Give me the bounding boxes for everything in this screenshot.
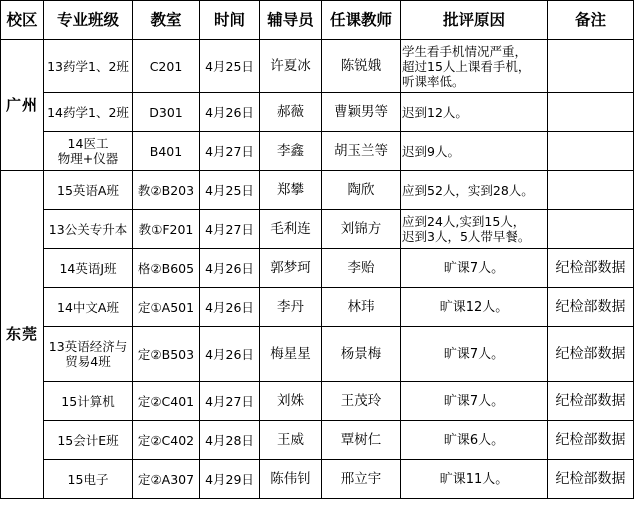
header-counselor: 辅导员 <box>260 1 322 40</box>
reason-cell: 应到52人，实到28人。 <box>401 171 548 210</box>
class-cell: 14药学1、2班 <box>44 93 133 132</box>
header-class: 专业班级 <box>44 1 133 40</box>
teacher-cell: 曹颖男等 <box>322 93 401 132</box>
class-line: 贸易4班 <box>44 354 132 369</box>
note-cell: 纪检部数据 <box>548 460 634 499</box>
class-cell: 14英语J班 <box>44 249 133 288</box>
reason-line: 迟到9人。 <box>402 144 547 159</box>
class-cell: 15会计E班 <box>44 421 133 460</box>
date-cell: 4月25日 <box>200 171 260 210</box>
class-cell: 15电子 <box>44 460 133 499</box>
date-cell: 4月26日 <box>200 93 260 132</box>
date-cell: 4月26日 <box>200 249 260 288</box>
class-cell: 13英语经济与 贸易4班 <box>44 327 133 382</box>
counselor-cell: 郭梦珂 <box>260 249 322 288</box>
reason-line: 旷课6人。 <box>401 433 547 448</box>
class-line: 14英语J班 <box>44 261 132 276</box>
note-cell: 纪检部数据 <box>548 421 634 460</box>
header-date: 时间 <box>200 1 260 40</box>
teacher-cell: 林玮 <box>322 288 401 327</box>
room-cell: 定①A501 <box>133 288 200 327</box>
room-cell: 格②B605 <box>133 249 200 288</box>
date-cell: 4月26日 <box>200 288 260 327</box>
counselor-cell: 毛利连 <box>260 210 322 249</box>
class-line: 15电子 <box>44 472 132 487</box>
room-cell: 教②B203 <box>133 171 200 210</box>
reason-cell: 应到24人,实到15人， 迟到3人，5人带早餐。 <box>401 210 548 249</box>
room-cell: 定②B503 <box>133 327 200 382</box>
table-row: 14医工 物理+仪器 B401 4月27日 李鑫 胡玉兰等 迟到9人。 <box>1 132 634 171</box>
class-cell: 15英语A班 <box>44 171 133 210</box>
class-cell: 15计算机 <box>44 382 133 421</box>
class-line: 13英语经济与 <box>44 339 132 354</box>
date-cell: 4月28日 <box>200 421 260 460</box>
reason-line: 学生看手机情况严重， <box>402 44 547 59</box>
reason-cell: 旷课12人。 <box>401 288 548 327</box>
note-cell <box>548 132 634 171</box>
campus-cell: 东莞 <box>1 171 44 499</box>
teacher-cell: 王茂玲 <box>322 382 401 421</box>
class-line: 15会计E班 <box>44 433 132 448</box>
reason-line: 旷课7人。 <box>401 394 547 409</box>
class-line: 15英语A班 <box>44 183 132 198</box>
table-row: 13公关专升本 教①F201 4月27日 毛利连 刘锦方 应到24人,实到15人… <box>1 210 634 249</box>
table-row: 15会计E班 定②C402 4月28日 王威 覃树仁 旷课6人。 纪检部数据 <box>1 421 634 460</box>
class-line: 13药学1、2班 <box>44 59 132 74</box>
class-line: 14中文A班 <box>44 300 132 315</box>
table-row: 14药学1、2班 D301 4月26日 郝薇 曹颖男等 迟到12人。 <box>1 93 634 132</box>
table-row: 14中文A班 定①A501 4月26日 李丹 林玮 旷课12人。 纪检部数据 <box>1 288 634 327</box>
room-cell: 定②A307 <box>133 460 200 499</box>
class-line: 13公关专升本 <box>44 222 132 237</box>
reason-cell: 旷课7人。 <box>401 327 548 382</box>
room-cell: D301 <box>133 93 200 132</box>
class-line: 14医工 <box>44 136 132 151</box>
counselor-cell: 许夏冰 <box>260 40 322 93</box>
table-row: 广州 13药学1、2班 C201 4月25日 许夏冰 陈锐娥 学生看手机情况严重… <box>1 40 634 93</box>
teacher-cell: 刘锦方 <box>322 210 401 249</box>
room-cell: 教①F201 <box>133 210 200 249</box>
date-cell: 4月27日 <box>200 210 260 249</box>
teacher-cell: 陶欣 <box>322 171 401 210</box>
teacher-cell: 杨景梅 <box>322 327 401 382</box>
date-cell: 4月26日 <box>200 327 260 382</box>
reason-line: 听课率低。 <box>402 74 547 89</box>
table-row: 东莞 15英语A班 教②B203 4月25日 郑攀 陶欣 应到52人，实到28人… <box>1 171 634 210</box>
teacher-cell: 李贻 <box>322 249 401 288</box>
reason-cell: 迟到12人。 <box>401 93 548 132</box>
counselor-cell: 郝薇 <box>260 93 322 132</box>
reason-line: 应到52人，实到28人。 <box>402 183 547 198</box>
date-cell: 4月25日 <box>200 40 260 93</box>
reason-cell: 学生看手机情况严重， 超过15人上课看手机， 听课率低。 <box>401 40 548 93</box>
note-cell: 纪检部数据 <box>548 382 634 421</box>
reason-line: 应到24人,实到15人， <box>402 214 547 229</box>
teacher-cell: 邢立宇 <box>322 460 401 499</box>
table-row: 15电子 定②A307 4月29日 陈伟钊 邢立宇 旷课11人。 纪检部数据 <box>1 460 634 499</box>
class-cell: 14医工 物理+仪器 <box>44 132 133 171</box>
reason-line: 迟到3人，5人带早餐。 <box>402 229 547 244</box>
counselor-cell: 刘姝 <box>260 382 322 421</box>
room-cell: C201 <box>133 40 200 93</box>
class-cell: 13公关专升本 <box>44 210 133 249</box>
room-cell: 定②C402 <box>133 421 200 460</box>
reason-line: 超过15人上课看手机， <box>402 59 547 74</box>
teacher-cell: 覃树仁 <box>322 421 401 460</box>
class-line: 15计算机 <box>44 394 132 409</box>
note-cell: 纪检部数据 <box>548 249 634 288</box>
counselor-cell: 王威 <box>260 421 322 460</box>
header-row: 校区 专业班级 教室 时间 辅导员 任课教师 批评原因 备注 <box>1 1 634 40</box>
reason-cell: 旷课6人。 <box>401 421 548 460</box>
header-reason: 批评原因 <box>401 1 548 40</box>
reason-cell: 迟到9人。 <box>401 132 548 171</box>
counselor-cell: 李鑫 <box>260 132 322 171</box>
date-cell: 4月29日 <box>200 460 260 499</box>
class-line: 物理+仪器 <box>44 151 132 166</box>
class-line: 14药学1、2班 <box>44 105 132 120</box>
counselor-cell: 李丹 <box>260 288 322 327</box>
table-row: 13英语经济与 贸易4班 定②B503 4月26日 梅星星 杨景梅 旷课7人。 … <box>1 327 634 382</box>
header-room: 教室 <box>133 1 200 40</box>
reason-line: 旷课7人。 <box>401 261 547 276</box>
note-cell <box>548 210 634 249</box>
teacher-cell: 陈锐娥 <box>322 40 401 93</box>
class-cell: 14中文A班 <box>44 288 133 327</box>
date-cell: 4月27日 <box>200 382 260 421</box>
note-cell: 纪检部数据 <box>548 327 634 382</box>
room-cell: 定②C401 <box>133 382 200 421</box>
note-cell <box>548 171 634 210</box>
reason-cell: 旷课7人。 <box>401 249 548 288</box>
reason-line: 迟到12人。 <box>402 105 547 120</box>
campus-cell: 广州 <box>1 40 44 171</box>
criticism-table: 校区 专业班级 教室 时间 辅导员 任课教师 批评原因 备注 广州 13药学1、… <box>0 0 634 499</box>
teacher-cell: 胡玉兰等 <box>322 132 401 171</box>
reason-cell: 旷课11人。 <box>401 460 548 499</box>
table-row: 14英语J班 格②B605 4月26日 郭梦珂 李贻 旷课7人。 纪检部数据 <box>1 249 634 288</box>
header-note: 备注 <box>548 1 634 40</box>
header-teacher: 任课教师 <box>322 1 401 40</box>
date-cell: 4月27日 <box>200 132 260 171</box>
header-campus: 校区 <box>1 1 44 40</box>
counselor-cell: 梅星星 <box>260 327 322 382</box>
note-cell: 纪检部数据 <box>548 288 634 327</box>
counselor-cell: 陈伟钊 <box>260 460 322 499</box>
note-cell <box>548 93 634 132</box>
class-cell: 13药学1、2班 <box>44 40 133 93</box>
reason-line: 旷课7人。 <box>401 347 547 362</box>
reason-cell: 旷课7人。 <box>401 382 548 421</box>
note-cell <box>548 40 634 93</box>
counselor-cell: 郑攀 <box>260 171 322 210</box>
table-row: 15计算机 定②C401 4月27日 刘姝 王茂玲 旷课7人。 纪检部数据 <box>1 382 634 421</box>
reason-line: 旷课12人。 <box>401 300 547 315</box>
reason-line: 旷课11人。 <box>401 472 547 487</box>
room-cell: B401 <box>133 132 200 171</box>
